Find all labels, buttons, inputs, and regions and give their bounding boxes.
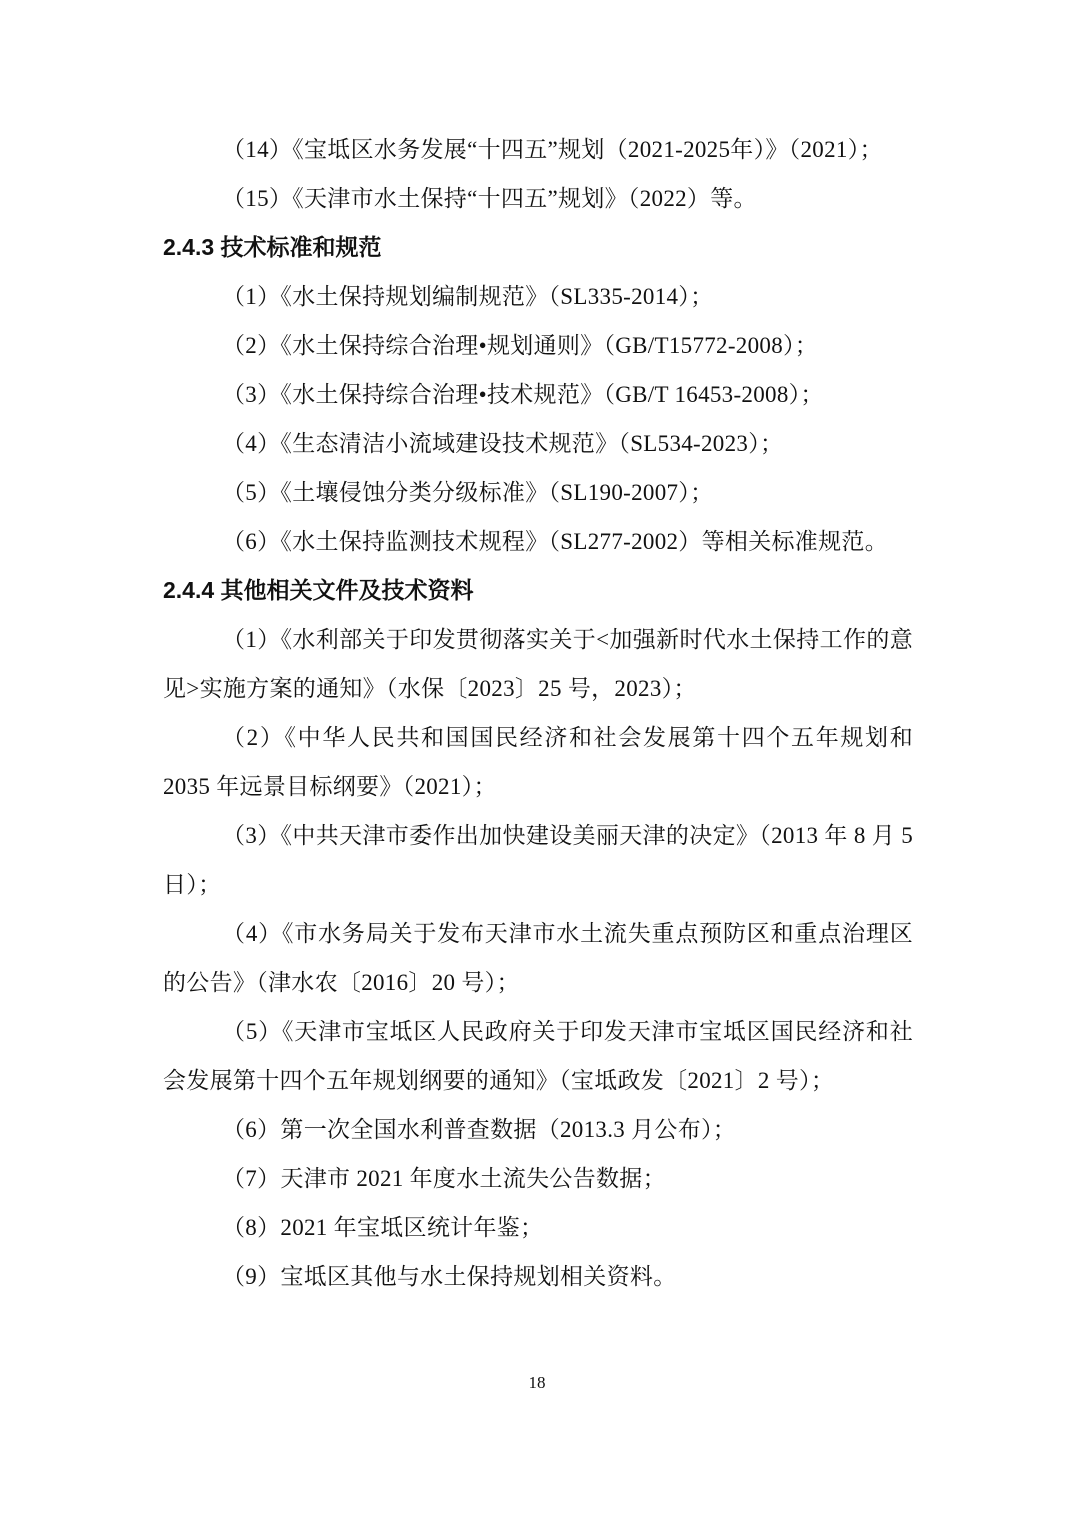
reference-item-15: （15）《天津市水土保持“十四五”规划》（2022）等。: [163, 174, 913, 223]
document-item-7: （7）天津市 2021 年度水土流失公告数据；: [163, 1154, 913, 1203]
document-item-3: （3）《中共天津市委作出加快建设美丽天津的决定》（2013 年 8 月 5 日）…: [163, 811, 913, 909]
document-item-2: （2）《中华人民共和国国民经济和社会发展第十四个五年规划和2035 年远景目标纲…: [163, 713, 913, 811]
document-page: （14）《宝坻区水务发展“十四五”规划（2021-2025年）》（2021）； …: [163, 125, 913, 1301]
document-item-9: （9）宝坻区其他与水土保持规划相关资料。: [163, 1252, 913, 1301]
standard-item-1: （1）《水土保持规划编制规范》（SL335-2014）；: [163, 272, 913, 321]
section-heading-2-4-3: 2.4.3 技术标准和规范: [163, 223, 913, 272]
standard-item-3: （3）《水土保持综合治理•技术规范》（GB/T 16453-2008）；: [163, 370, 913, 419]
section-heading-2-4-4: 2.4.4 其他相关文件及技术资料: [163, 566, 913, 615]
document-item-1: （1）《水利部关于印发贯彻落实关于<加强新时代水土保持工作的意见>实施方案的通知…: [163, 615, 913, 713]
document-item-4: （4）《市水务局关于发布天津市水土流失重点预防区和重点治理区的公告》（津水农〔2…: [163, 909, 913, 1007]
document-item-8: （8）2021 年宝坻区统计年鉴；: [163, 1203, 913, 1252]
reference-item-14: （14）《宝坻区水务发展“十四五”规划（2021-2025年）》（2021）；: [163, 125, 913, 174]
standard-item-5: （5）《土壤侵蚀分类分级标准》（SL190-2007）；: [163, 468, 913, 517]
standard-item-2: （2）《水土保持综合治理•规划通则》（GB/T15772-2008）；: [163, 321, 913, 370]
standard-item-6: （6）《水土保持监测技术规程》（SL277-2002）等相关标准规范。: [163, 517, 913, 566]
page-number: 18: [0, 1373, 1074, 1393]
document-item-5: （5）《天津市宝坻区人民政府关于印发天津市宝坻区国民经济和社会发展第十四个五年规…: [163, 1007, 913, 1105]
standard-item-4: （4）《生态清洁小流域建设技术规范》（SL534-2023）；: [163, 419, 913, 468]
document-item-6: （6）第一次全国水利普查数据（2013.3 月公布）；: [163, 1105, 913, 1154]
